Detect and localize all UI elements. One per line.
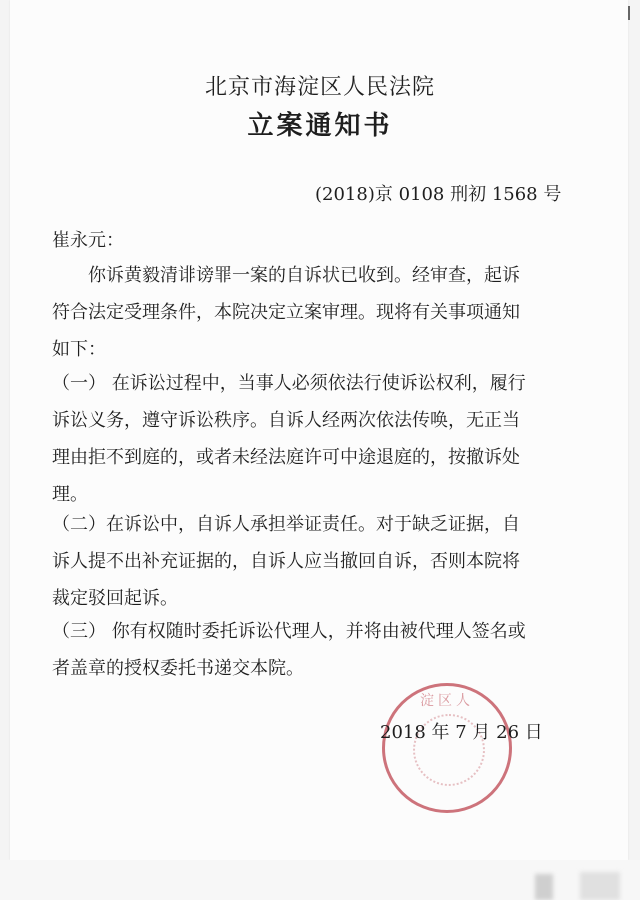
item-text: 在诉讼中，自诉人承担举证责任。对于缺乏证据，自诉人提不出补充证据的，自诉人应当撤… (52, 514, 520, 609)
item-label: （二） (52, 514, 106, 535)
item-label: （一） (52, 373, 106, 394)
court-name: 北京市海淀区人民法院 (0, 70, 640, 101)
case-number: (2018)京 0108 刑初 1568 号 (315, 180, 561, 206)
addressee: 崔永元： (52, 222, 534, 259)
notice-item-3: （三） 你有权随时委托诉讼代理人，并将由被代理人签名或者盖章的授权委托书递交本院… (52, 613, 534, 687)
intro-paragraph: 你诉黄毅清诽谤罪一案的自诉状已收到。经审查，起诉符合法定受理条件，本院决定立案审… (52, 257, 534, 368)
scan-bottom-edge (0, 860, 640, 900)
item-text: 你有权随时委托诉讼代理人，并将由被代理人签名或者盖章的授权委托书递交本院。 (52, 621, 526, 679)
document-title: 立案通知书 (0, 105, 640, 142)
scan-artifact (535, 874, 553, 900)
court-seal-stamp: 淀区人 (382, 683, 512, 813)
scan-artifact (580, 872, 620, 900)
notice-item-2: （二）在诉讼中，自诉人承担举证责任。对于缺乏证据，自诉人提不出补充证据的，自诉人… (52, 506, 534, 617)
seal-text: 淀区人 (385, 690, 509, 710)
item-text: 在诉讼过程中，当事人必须依法行使诉讼权利，履行诉讼义务，遵守诉讼秩序。自诉人经两… (52, 373, 526, 505)
scan-artifact (628, 6, 630, 20)
issue-date: 2018 年 7 月 26 日 (380, 718, 543, 744)
notice-item-1: （一） 在诉讼过程中，当事人必须依法行使诉讼权利，履行诉讼义务，遵守诉讼秩序。自… (52, 365, 534, 513)
item-label: （三） (52, 621, 106, 642)
